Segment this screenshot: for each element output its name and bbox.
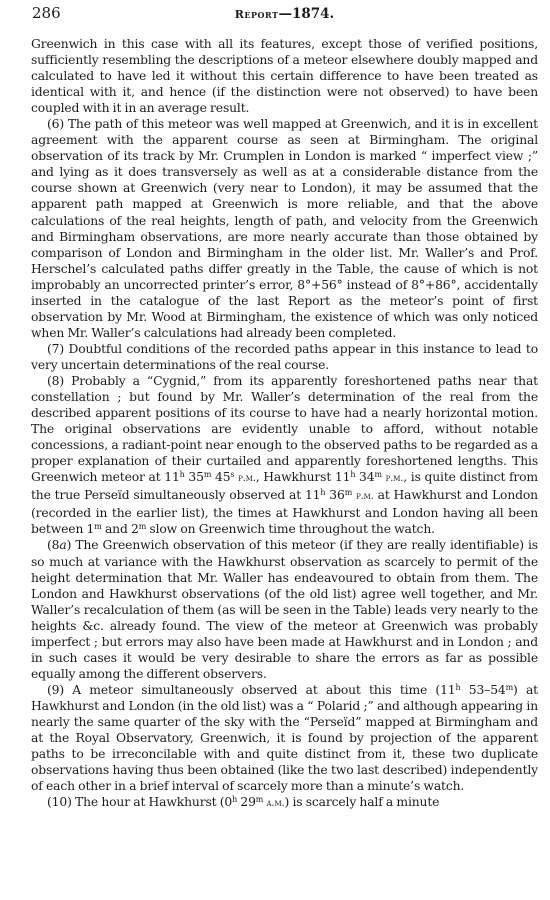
superscript-unit: m <box>204 470 211 479</box>
paragraph-note-8: (8) Probably a “Cygnid,” from its appare… <box>31 373 538 537</box>
paragraph-note-6: (6) The path of this meteor was well map… <box>31 116 538 341</box>
superscript-unit: h <box>456 683 461 692</box>
superscript-unit: h <box>320 488 325 497</box>
body-text: Greenwich in this case with all its feat… <box>31 36 538 812</box>
time-meridian: p.m. <box>238 473 256 484</box>
superscript-unit: m <box>345 488 352 497</box>
superscript-unit: m <box>94 522 101 531</box>
time-meridian: p.m. <box>356 491 374 502</box>
running-title-dash: — <box>278 6 292 22</box>
superscript-unit: h <box>180 470 185 479</box>
superscript-unit: h <box>232 795 237 804</box>
paragraph-continuation: Greenwich in this case with all its feat… <box>31 36 538 116</box>
page-header: 286 Report—1874. <box>32 4 537 26</box>
time-meridian: a.m. <box>267 798 285 809</box>
superscript-unit: m <box>139 522 146 531</box>
superscript-unit: m <box>506 683 513 692</box>
running-title-year: 1874. <box>292 6 334 22</box>
paragraph-note-7: (7) Doubtful conditions of the recorded … <box>31 341 538 373</box>
running-title: Report—1874. <box>32 6 537 22</box>
superscript-unit: s <box>230 470 234 479</box>
superscript-unit: m <box>374 470 381 479</box>
superscript-unit: m <box>256 795 263 804</box>
paragraph-note-8a: (8a) The Greenwich observation of this m… <box>31 537 538 681</box>
running-title-word: Report <box>235 8 279 21</box>
paragraph-note-10: (10) The hour at Hawkhurst (0h 29m a.m.)… <box>31 794 538 812</box>
italic-text: a <box>59 538 66 552</box>
time-meridian: p.m. <box>386 473 404 484</box>
paragraph-note-9: (9) A meteor simultaneously observed at … <box>31 682 538 794</box>
superscript-unit: h <box>350 470 355 479</box>
